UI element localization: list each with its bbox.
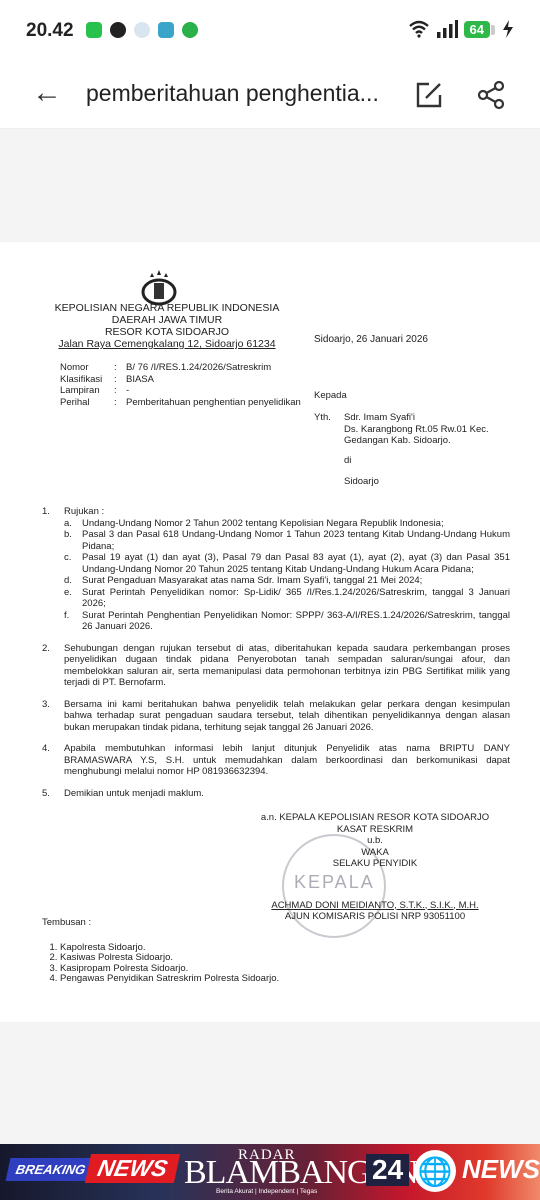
brand-tagline: Berita Akurat | Independent | Tegas [216,1188,317,1195]
wifi-icon [408,20,430,38]
letterhead: KEPOLISIAN NEGARA REPUBLIK INDONESIA DAE… [52,302,282,350]
recipient-address: Ds. Karangbong Rt.05 Rw.01 Kec. [344,424,540,436]
charging-icon [502,20,514,38]
news-label: NEWS [85,1154,180,1183]
recipient-city: Sidoarjo [344,476,379,487]
point-text: Rujukan : [64,506,510,518]
tembusan-label: Tembusan : [42,918,279,929]
rujukan-item: a.Undang-Undang Nomor 2 Tahun 2002 tenta… [64,518,510,530]
facebook-icon [110,22,126,38]
news-banner[interactable]: BREAKING NEWS RADAR BLAMBANGAN Berita Ak… [0,1144,540,1200]
messages-icon [86,22,102,38]
recipient-name: Sdr. Imam Syafi'i [344,412,540,424]
edit-icon[interactable] [412,78,446,112]
signatory-rank: AJUN KOMISARIS POLISI NRP 93051100 [250,911,500,923]
rujukan-item: e.Surat Perintah Penyelidikan nomor: Sp-… [64,587,510,610]
point-2: 2.Sehubungan dengan rujukan tersebut di … [42,643,510,689]
signature-line: SELAKU PENYIDIK [250,858,500,870]
letter-meta: Nomor:B/ 76 /I/RES.1.24/2026/Satreskrim … [60,362,301,408]
rujukan-item: c.Pasal 19 ayat (1) dan ayat (3), Pasal … [64,552,510,575]
status-bar: 20.42 64 [0,0,540,62]
recipient-address: Gedangan Kab. Sidoarjo. [344,435,540,447]
rujukan-item: b.Pasal 3 dan Pasal 618 Undang-Undang No… [64,529,510,552]
meta-key: Lampiran [60,385,114,397]
meta-key: Perihal [60,397,114,409]
meta-value: - [126,385,301,397]
signal-icon [436,20,458,38]
signatory-name: ACHMAD DONI MEIDIANTO, S.T.K., S.I.K., M… [250,900,500,912]
point-number: 1. [42,506,64,633]
signature-line: u.b. [250,835,500,847]
shield-icon [182,22,198,38]
letter-body: 1. Rujukan : a.Undang-Undang Nomor 2 Tah… [42,506,510,809]
point-5: 5.Demikian untuk menjadi maklum. [42,788,510,800]
status-time: 20.42 [26,20,74,42]
system-icons: 64 [408,20,514,38]
rujukan-item: d.Surat Pengaduan Masyarakat atas nama S… [64,575,510,587]
signature-line: a.n. KEPALA KEPOLISIAN RESOR KOTA SIDOAR… [250,812,500,824]
news-label-2: NEWS [462,1154,540,1185]
breaking-label: BREAKING [6,1158,96,1181]
meta-value: B/ 76 /I/RES.1.24/2026/Satreskrim [126,362,301,374]
signature-line: WAKA [250,847,500,859]
tiktok-icon [134,22,150,38]
letterhead-line2: DAERAH JAWA TIMUR [52,314,282,326]
battery-indicator: 64 [464,21,490,38]
signature-block: a.n. KEPALA KEPOLISIAN RESOR KOTA SIDOAR… [250,812,500,923]
document-page: KEPOLISIAN NEGARA REPUBLIK INDONESIA DAE… [0,242,540,1022]
app-bar: ← pemberitahuan penghentia... [0,62,540,129]
kepada-label: Kepada [314,390,347,402]
brand-24: 24 [366,1154,409,1186]
di-label: di [344,455,351,466]
tembusan-block: Tembusan : Kapolresta Sidoarjo. Kasiwas … [42,918,279,985]
meta-value: Pemberitahuan penghentian penyelidikan [126,397,301,409]
meta-value: BIASA [126,374,301,386]
tembusan-item: Pengawas Penyidikan Satreskrim Polresta … [60,974,279,985]
letterhead-line1: KEPOLISIAN NEGARA REPUBLIK INDONESIA [52,302,282,314]
point-1: 1. Rujukan : a.Undang-Undang Nomor 2 Tah… [42,506,510,633]
arrow-left-icon: ← [32,76,62,109]
share-icon[interactable] [474,78,508,112]
letterhead-line3: RESOR KOTA SIDOARJO [52,326,282,338]
globe-icon: 🌐 [414,1150,456,1192]
page-title: pemberitahuan penghentia... [86,80,379,107]
point-3: 3.Bersama ini kami beritahukan bahwa pen… [42,699,510,734]
point-4: 4.Apabila membutuhkan informasi lebih la… [42,743,510,778]
letter-date: Sidoarjo, 26 Januari 2026 [314,334,428,345]
rujukan-item: f.Surat Perintah Penghentian Penyelidika… [64,610,510,633]
tembusan-item: Kasiwas Polresta Sidoarjo. [60,953,279,964]
letterhead-address: Jalan Raya Cemengkalang 12, Sidoarjo 612… [52,338,282,350]
meta-key: Klasifikasi [60,374,114,386]
meta-key: Nomor [60,362,114,374]
notification-icons [86,22,198,38]
yth-label: Yth. [314,412,331,424]
shopping-cart-icon [158,22,174,38]
signature-line: KASAT RESKRIM [250,824,500,836]
back-button[interactable]: ← [32,76,62,110]
